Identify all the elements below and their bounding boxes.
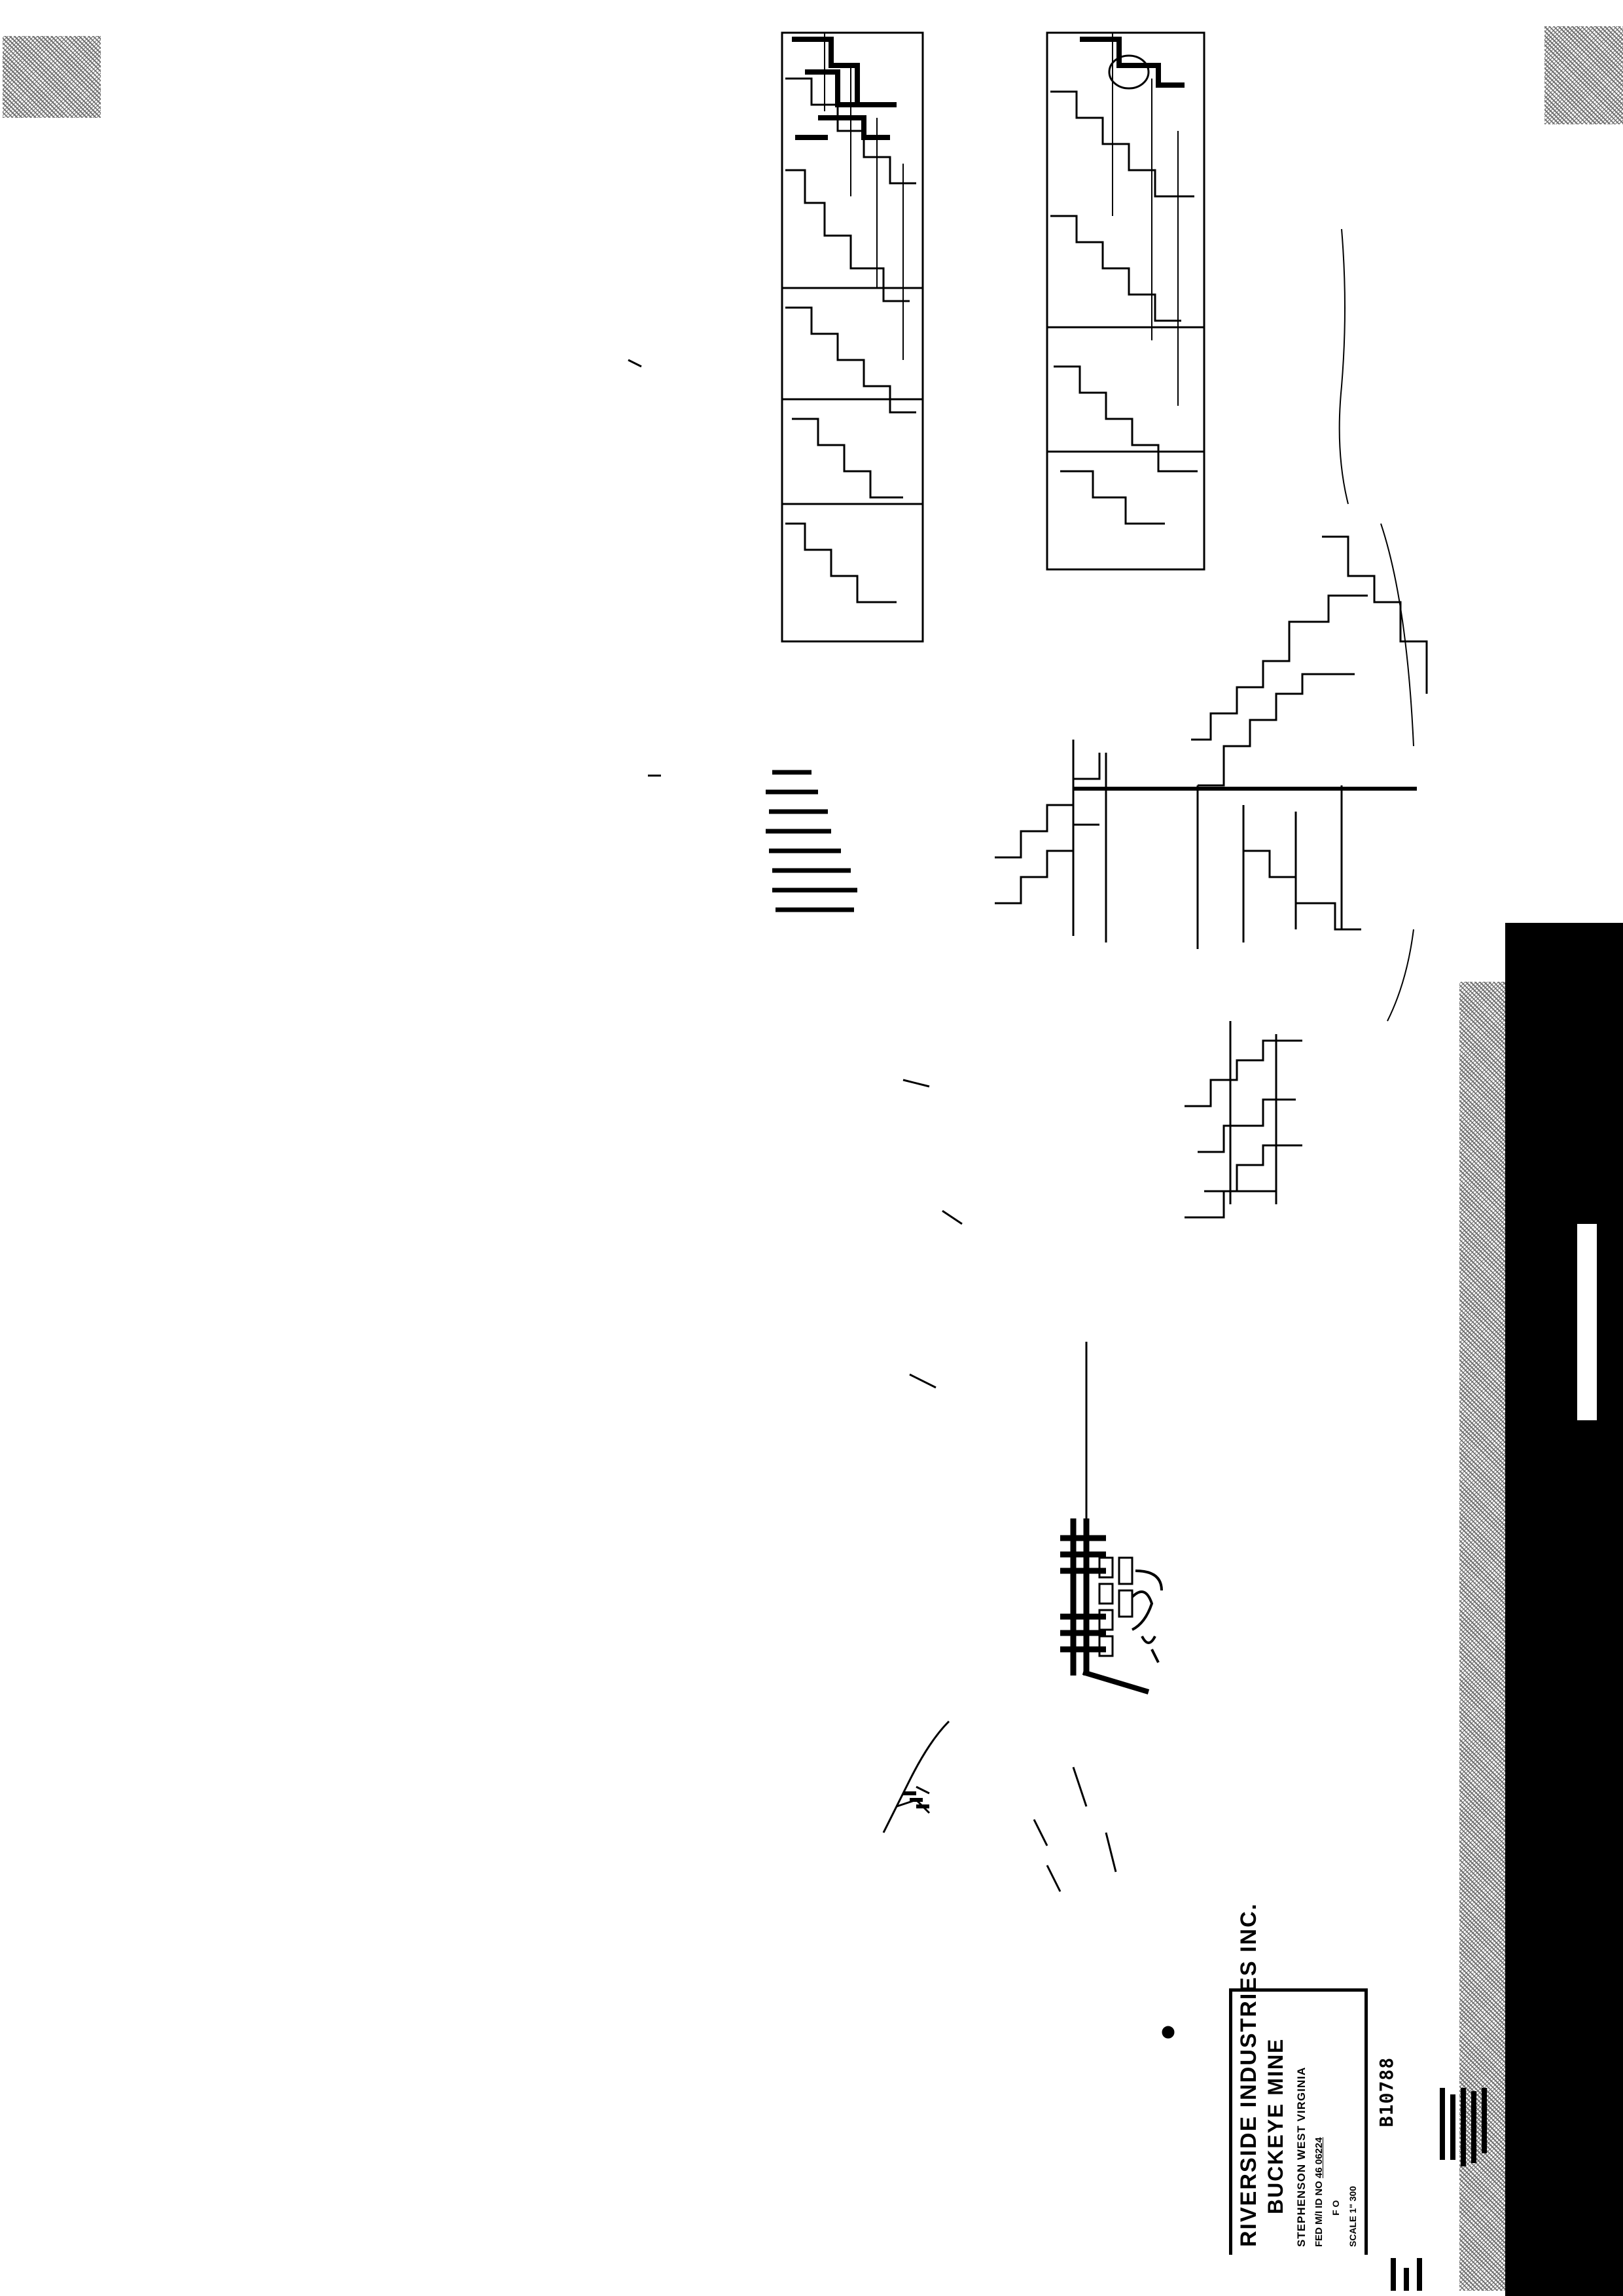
- fed-id-row: FED M/I ID NO 46 06224: [1313, 2137, 1325, 2247]
- workings-far-south: [883, 1721, 949, 1833]
- mine-workings-map: [0, 0, 1623, 2296]
- mine-name: BUCKEYE MINE: [1264, 2038, 1288, 2214]
- stamp-number-text: B10788: [1376, 2036, 1402, 2127]
- workings-dense-west: [766, 772, 857, 910]
- lease-boundary: [1340, 229, 1414, 1021]
- workings-block-north-2: [1047, 33, 1204, 569]
- workings-south-main: [1060, 1518, 1149, 1692]
- workings-central-east: [1191, 537, 1427, 949]
- certification-text-block: [1440, 2088, 1492, 2166]
- signature-mark: [1132, 1571, 1162, 1662]
- title-block: RIVERSIDE INDUSTRIES INC. BUCKEYE MINE S…: [1229, 1988, 1368, 2255]
- fed-id-value: 46 06224: [1313, 2137, 1325, 2178]
- stamp-number: B10788: [1376, 2036, 1402, 2127]
- scattered-marks: [628, 360, 1173, 2037]
- page-footer-marks: [1391, 2258, 1430, 2296]
- fed-id-label: FED M/I ID NO: [1313, 2181, 1325, 2247]
- scale-label: SCALE 1" 300: [1347, 2186, 1358, 2247]
- workings-south-rooms: [1086, 1342, 1132, 1656]
- company-name: RIVERSIDE INDUSTRIES INC.: [1236, 1903, 1262, 2247]
- mine-location: STEPHENSON WEST VIRGINIA: [1295, 2067, 1308, 2247]
- workings-south-east: [1185, 1021, 1302, 1217]
- field-f-label: F O: [1330, 2200, 1341, 2215]
- title-block-content: RIVERSIDE INDUSTRIES INC. BUCKEYE MINE S…: [1232, 1992, 1364, 2255]
- workings-central-west: [995, 740, 1106, 942]
- workings-dense-north: [792, 39, 897, 137]
- workings-block-north-1: [782, 33, 923, 641]
